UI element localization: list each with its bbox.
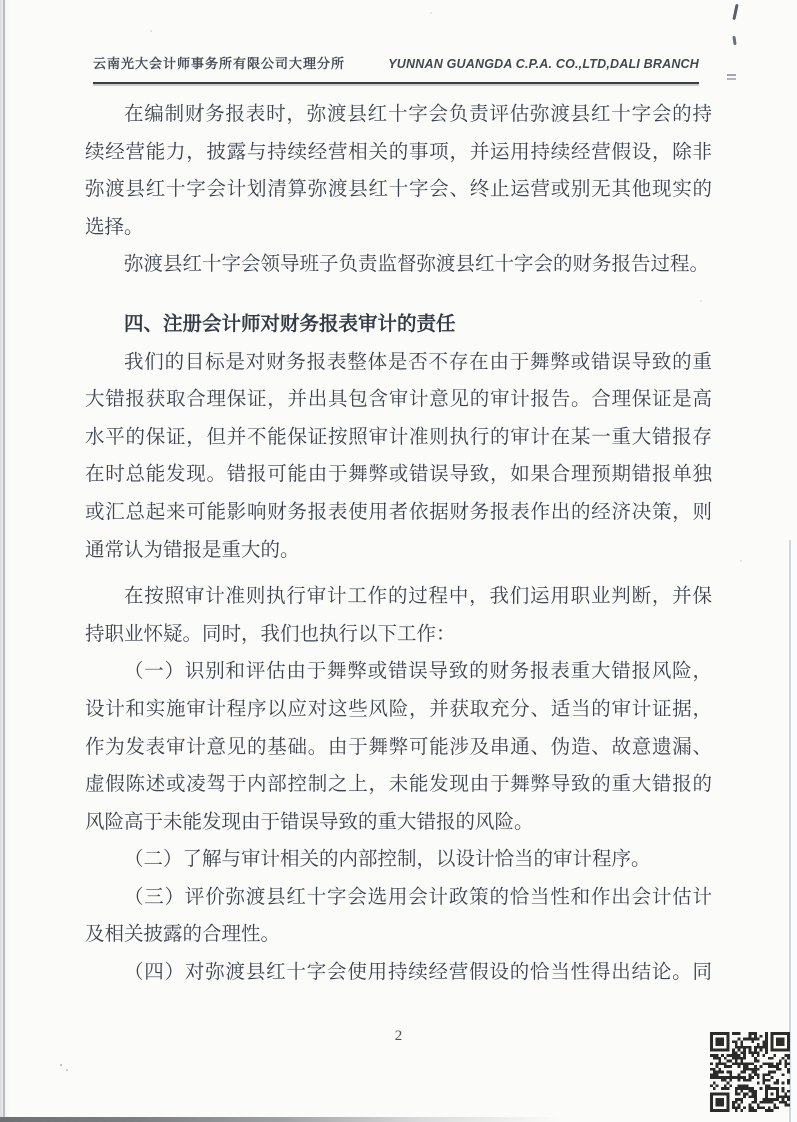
text-line: 风险高于未能发现由于错误导致的重大错报的风险。 bbox=[85, 804, 712, 842]
text-line: 在时总能发现。错报可能由于舞弊或错误导致，如果合理预期错报单独 bbox=[85, 456, 712, 494]
text-line: 四、注册会计师对财务报表审计的责任 bbox=[85, 306, 712, 344]
text-line: 通常认为错报是重大的。 bbox=[85, 532, 712, 570]
scan-edge-left-line bbox=[3, 0, 5, 1122]
paragraph: 我们的目标是对财务报表整体是否不存在由于舞弊或错误导致的重大错报获取合理保证，并… bbox=[85, 344, 712, 570]
scan-noise-specks bbox=[0, 0, 2, 2]
text-line: 选择。 bbox=[85, 209, 712, 247]
paragraph: （一）识别和评估由于舞弊或错误导致的财务报表重大错报风险，设计和实施审计程序以应… bbox=[85, 653, 712, 841]
letterhead: 云南光大会计师事务所有限公司大理分所 YUNNAN GUANGDA C.P.A.… bbox=[93, 53, 699, 72]
text-line: 续经营能力，披露与持续经营相关的事项，并运用持续经营假设，除非 bbox=[85, 134, 712, 172]
text-line: 或汇总起来可能影响财务报表使用者依据财务报表作出的经济决策，则 bbox=[85, 494, 712, 532]
paragraph: （四）对弥渡县红十字会使用持续经营假设的恰当性得出结论。同 bbox=[85, 954, 712, 992]
scan-edge-bottom-shadow bbox=[0, 1117, 560, 1122]
text-line: 我们的目标是对财务报表整体是否不存在由于舞弊或错误导致的重 bbox=[85, 344, 712, 382]
text-line: 作为发表审计意见的基础。由于舞弊可能涉及串通、伪造、故意遗漏、 bbox=[85, 729, 712, 767]
paragraph: 在按照审计准则执行审计工作的过程中，我们运用职业判断，并保持职业怀疑。同时，我们… bbox=[85, 578, 712, 653]
text-line: 设计和实施审计程序以应对这些风险，并获取充分、适当的审计证据， bbox=[85, 691, 712, 729]
paragraph: 弥渡县红十字会领导班子负责监督弥渡县红十字会的财务报告过程。 bbox=[85, 246, 712, 284]
text-line: （二）了解与审计相关的内部控制，以设计恰当的审计程序。 bbox=[85, 841, 712, 879]
text-line: 在编制财务报表时，弥渡县红十字会负责评估弥渡县红十字会的持 bbox=[85, 96, 712, 134]
text-line: 大错报获取合理保证，并出具包含审计意见的审计报告。合理保证是高 bbox=[85, 381, 712, 419]
text-line: 在按照审计准则执行审计工作的过程中，我们运用职业判断，并保 bbox=[85, 578, 712, 616]
company-name-chinese: 云南光大会计师事务所有限公司大理分所 bbox=[93, 53, 345, 72]
text-line: 水平的保证，但并不能保证按照审计准则执行的审计在某一重大错报存 bbox=[85, 419, 712, 457]
text-line: （三）评价弥渡县红十字会选用会计政策的恰当性和作出会计估计 bbox=[85, 879, 712, 917]
text-line: （四）对弥渡县红十字会使用持续经营假设的恰当性得出结论。同 bbox=[85, 954, 712, 992]
scan-artifact-mark bbox=[732, 36, 736, 45]
text-line: 弥渡县红十字会计划清算弥渡县红十字会、终止运营或别无其他现实的 bbox=[85, 171, 712, 209]
text-line: 弥渡县红十字会领导班子负责监督弥渡县红十字会的财务报告过程。 bbox=[85, 246, 712, 284]
paragraph: 在编制财务报表时，弥渡县红十字会负责评估弥渡县红十字会的持续经营能力，披露与持续… bbox=[85, 96, 712, 246]
scan-artifact-mark bbox=[732, 4, 738, 20]
text-line: 及相关披露的合理性。 bbox=[85, 916, 712, 954]
scan-edge-left-shadow bbox=[0, 0, 10, 1122]
document-body: 在编制财务报表时，弥渡县红十字会负责评估弥渡县红十字会的持续经营能力，披露与持续… bbox=[85, 96, 712, 992]
paragraph: （二）了解与审计相关的内部控制，以设计恰当的审计程序。 bbox=[85, 841, 712, 879]
text-line: （一）识别和评估由于舞弊或错误导致的财务报表重大错报风险， bbox=[85, 653, 712, 691]
company-name-english: YUNNAN GUANGDA C.P.A. CO.,LTD,DALI BRANC… bbox=[388, 57, 699, 71]
text-line: 虚假陈述或凌驾于内部控制之上，未能发现由于舞弊导致的重大错报的 bbox=[85, 766, 712, 804]
text-line: 持职业怀疑。同时，我们也执行以下工作： bbox=[85, 616, 712, 654]
scan-artifact-mark bbox=[727, 74, 736, 76]
paragraph: （三）评价弥渡县红十字会选用会计政策的恰当性和作出会计估计及相关披露的合理性。 bbox=[85, 879, 712, 954]
page-number: 2 bbox=[0, 1028, 797, 1045]
letterhead-rule bbox=[93, 82, 699, 84]
section-heading: 四、注册会计师对财务报表审计的责任 bbox=[85, 306, 712, 344]
qr-code bbox=[710, 1032, 790, 1112]
